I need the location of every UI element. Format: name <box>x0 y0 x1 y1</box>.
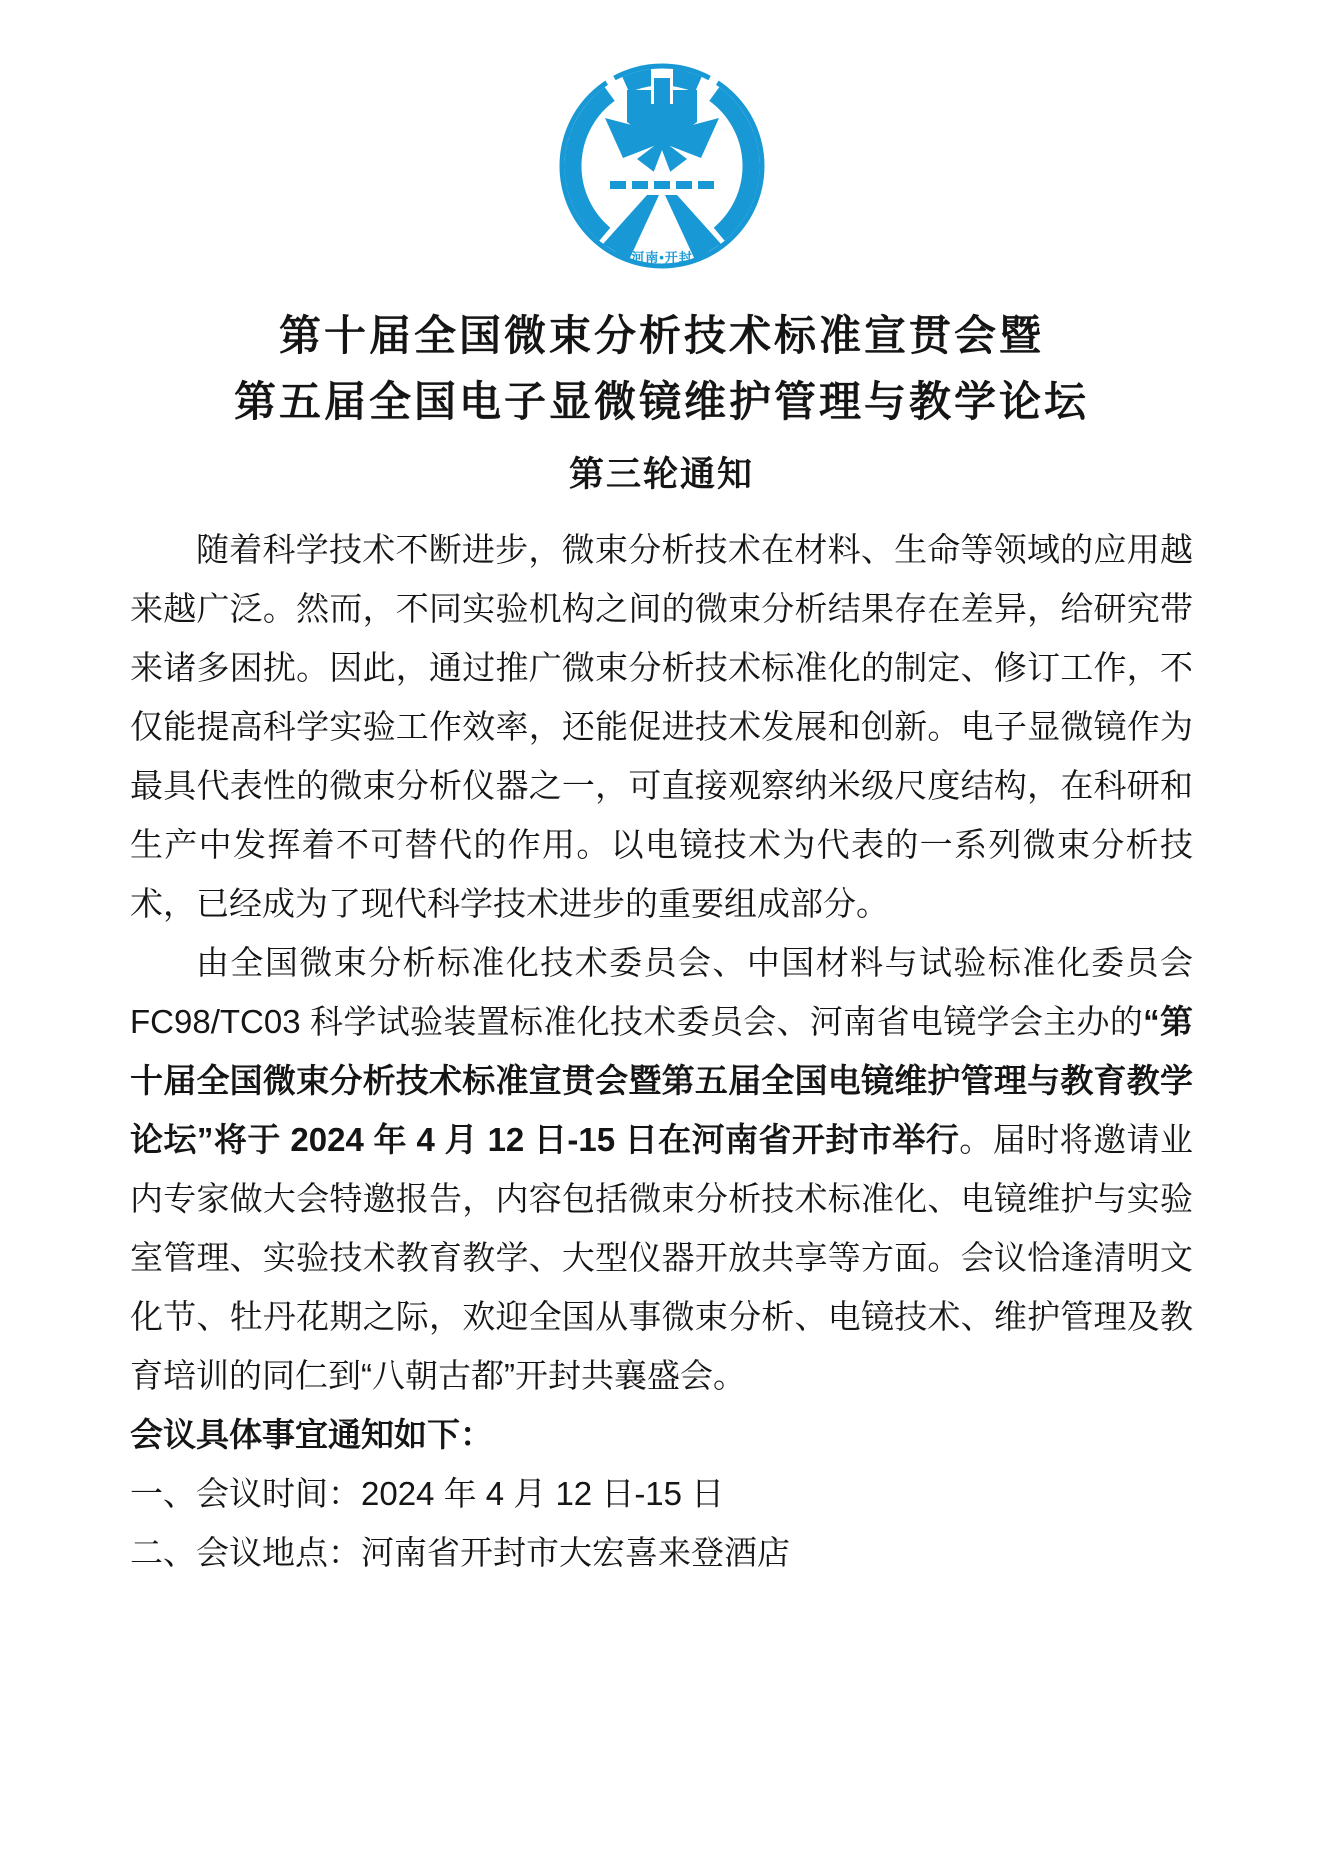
logo-dashed-line <box>610 181 714 189</box>
host-paragraph: 由全国微束分析标准化技术委员会、中国材料与试验标准化委员会 FC98/TC03 … <box>130 933 1193 1405</box>
logo-shield-tab <box>654 78 670 108</box>
notice-round-heading: 第三轮通知 <box>0 448 1323 502</box>
host-paragraph-text: 。届时将邀请业内专家做大会特邀报告，内容包括微束分析技术标准化、电镜维护与实验室… <box>130 1121 1193 1394</box>
logo-region-label: 河南•开封 <box>631 250 693 265</box>
document-body: 随着科学技术不断进步，微束分析技术在材料、生命等领域的应用越来越广泛。然而，不同… <box>0 520 1323 1582</box>
meeting-venue-item: 二、会议地点：河南省开封市大宏喜来登酒店 <box>130 1523 1193 1582</box>
meeting-time-item: 一、会议时间：2024 年 4 月 12 日-15 日 <box>130 1464 1193 1523</box>
intro-paragraph: 随着科学技术不断进步，微束分析技术在材料、生命等领域的应用越来越广泛。然而，不同… <box>130 520 1193 933</box>
conference-title-line-1: 第十届全国微束分析技术标准宣贯会暨 <box>0 304 1323 370</box>
electron-beam-logo-icon: 河南•开封 <box>547 38 777 274</box>
conference-title-line-2: 第五届全国电子显微镜维护管理与教学论坛 <box>0 370 1323 436</box>
meeting-details-heading: 会议具体事宜通知如下： <box>130 1405 1193 1464</box>
host-paragraph-text: 由全国微束分析标准化技术委员会、中国材料与试验标准化委员会 FC98/TC03 … <box>130 944 1193 1040</box>
document-page: 河南•开封 第十届全国微束分析技术标准宣贯会暨 第五届全国电子显微镜维护管理与教… <box>0 0 1323 1871</box>
conference-logo: 河南•开封 <box>547 38 777 274</box>
